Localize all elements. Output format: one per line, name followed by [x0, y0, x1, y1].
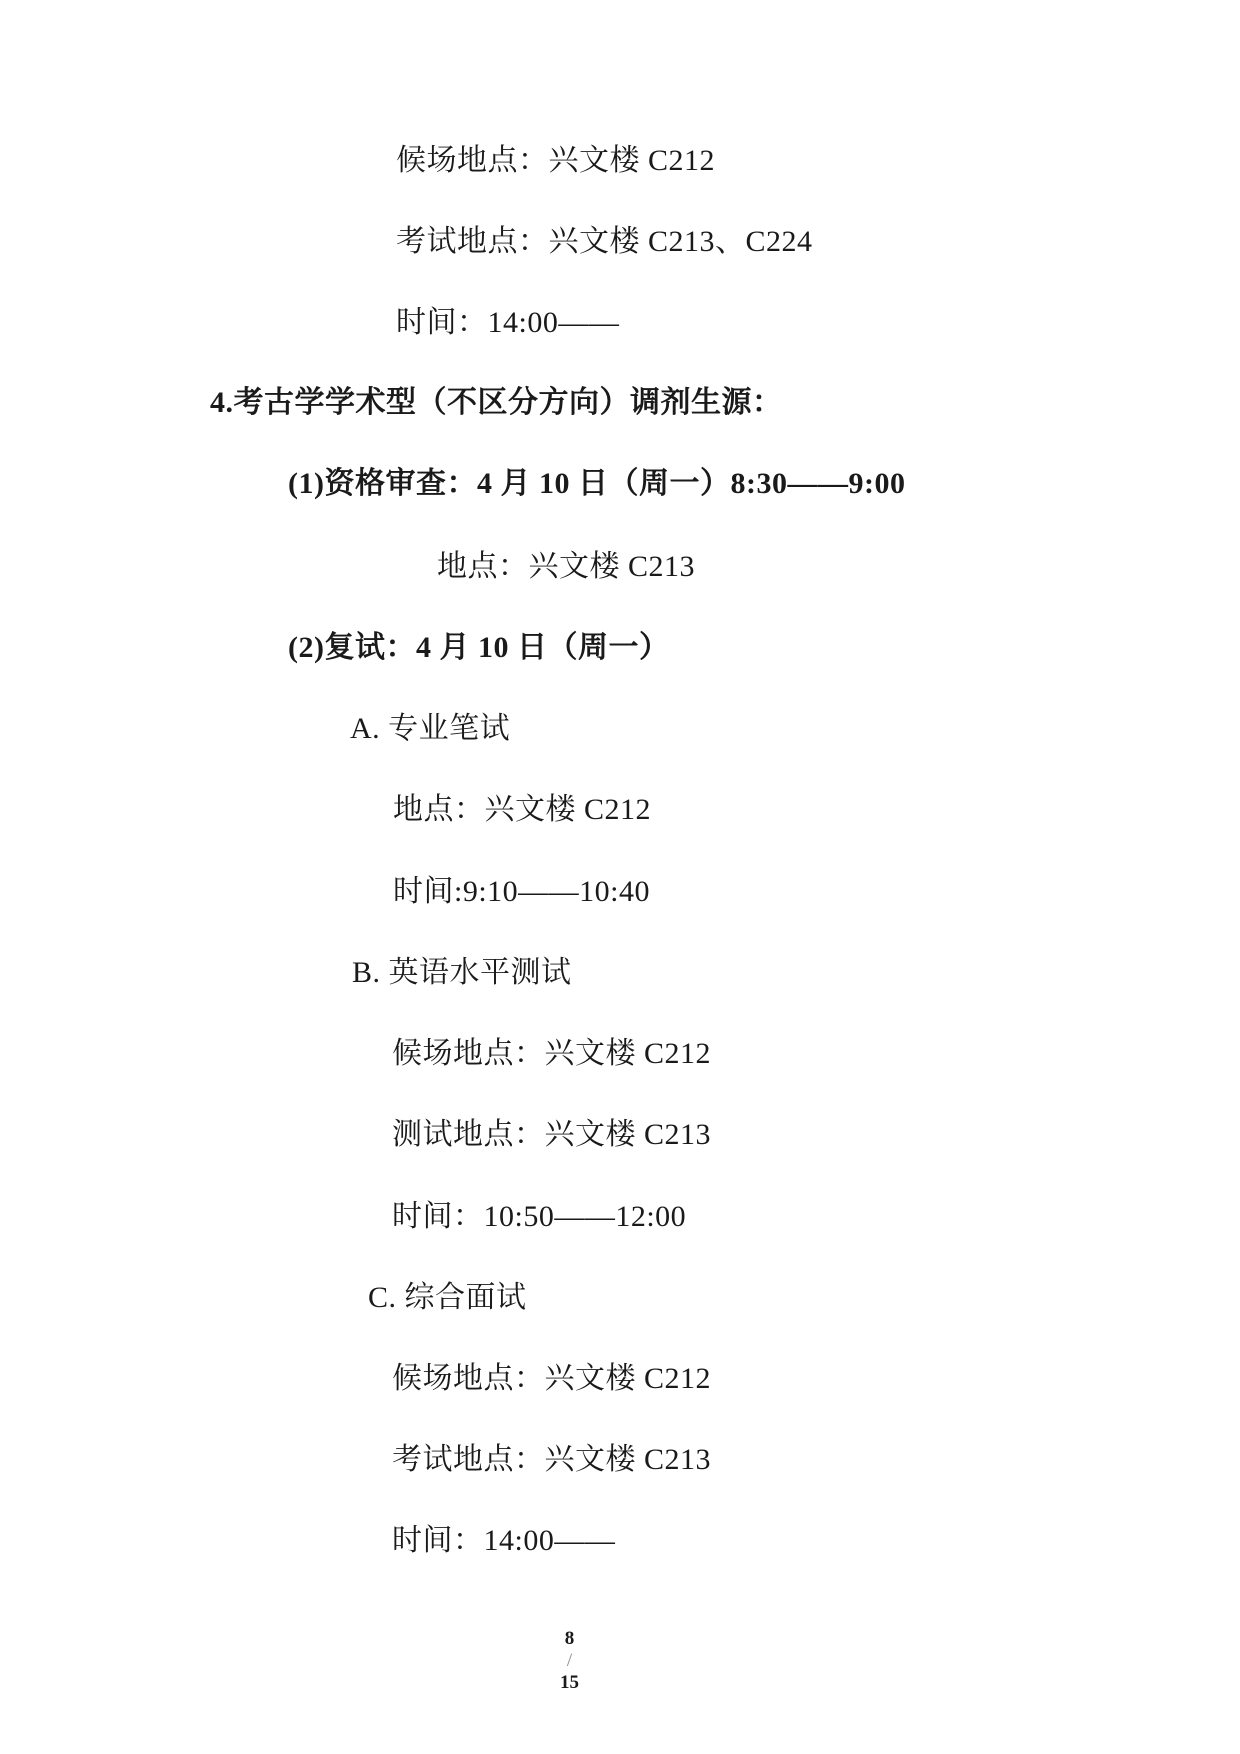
- item-b-english-test-heading: B. 英语水平测试: [352, 956, 572, 991]
- document-page: 候场地点：兴文楼 C212 考试地点：兴文楼 C213、C224 时间：14:0…: [0, 0, 1240, 1754]
- exam-location-line: 考试地点：兴文楼 C213、C224: [396, 225, 813, 260]
- page-number-total: 15: [560, 1672, 579, 1693]
- english-test-time-line: 时间：10:50——12:00: [392, 1200, 686, 1235]
- interview-exam-location-line: 考试地点：兴文楼 C213: [392, 1443, 711, 1478]
- page-number-separator: /: [561, 1650, 578, 1671]
- waiting-location-line: 候场地点：兴文楼 C212: [396, 144, 715, 179]
- interview-waiting-location-line: 候场地点：兴文楼 C212: [392, 1362, 711, 1397]
- interview-time-line: 时间：14:00——: [392, 1524, 615, 1559]
- page-footer: 8 / 15: [500, 1606, 620, 1716]
- section-heading-archaeology: 4.考古学学术型（不区分方向）调剂生源：: [210, 386, 783, 421]
- written-test-time-line: 时间:9:10——10:40: [393, 875, 650, 910]
- item-c-interview-heading: C. 综合面试: [368, 1281, 527, 1316]
- item-a-written-test-heading: A. 专业笔试: [350, 712, 510, 747]
- exam-time-line: 时间：14:00——: [396, 306, 619, 341]
- written-test-location-line: 地点：兴文楼 C212: [393, 793, 651, 828]
- qualification-review-line: (1)资格审查：4 月 10 日（周一）8:30——9:00: [288, 467, 905, 502]
- review-location-line: 地点：兴文楼 C213: [437, 550, 695, 585]
- page-number-current: 8: [565, 1628, 575, 1649]
- english-waiting-location-line: 候场地点：兴文楼 C212: [392, 1037, 711, 1072]
- english-test-location-line: 测试地点：兴文楼 C213: [392, 1118, 711, 1153]
- retest-schedule-line: (2)复试：4 月 10 日（周一）: [288, 631, 669, 666]
